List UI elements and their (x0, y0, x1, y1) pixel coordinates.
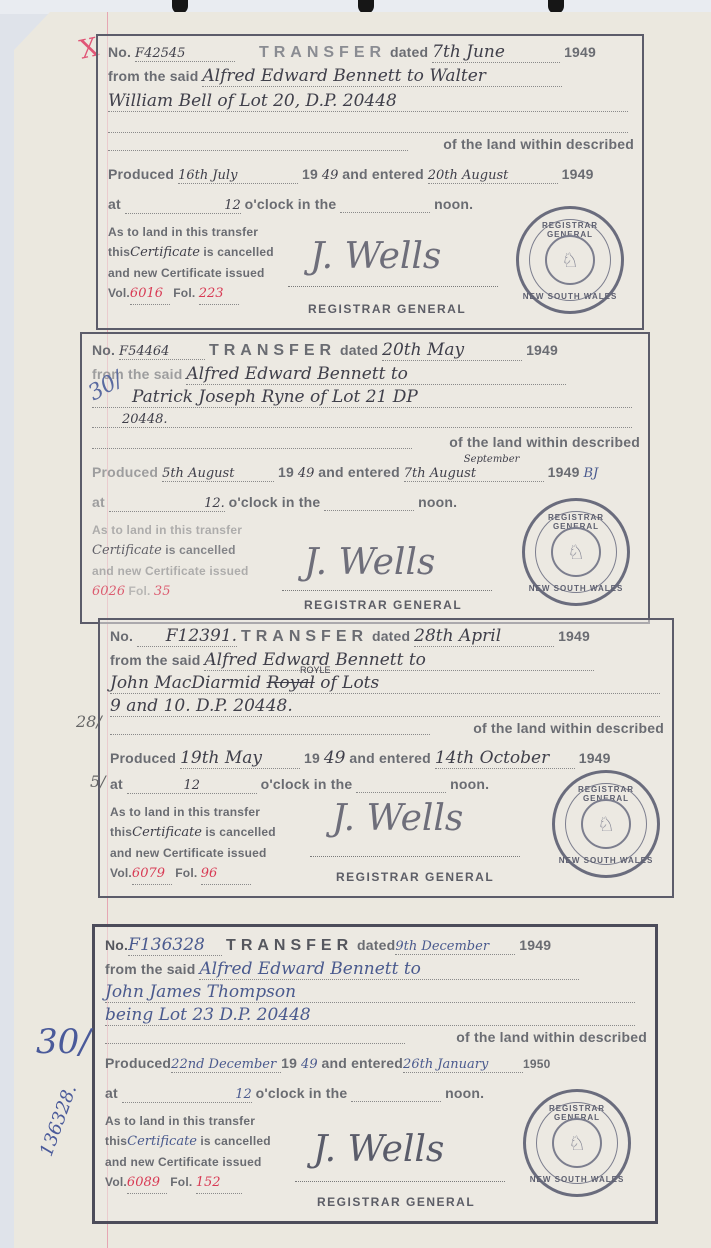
land-label: of the land within described (449, 434, 640, 450)
oclock-label: o'clock in the (256, 1085, 348, 1101)
registrar-general-seal: REGISTRAR GENERAL ♘ NEW SOUTH WALES (516, 206, 624, 314)
oclock-label: o'clock in the (245, 196, 337, 212)
punch-hole (358, 0, 374, 14)
cert-line-1: As to land in this transfer (110, 802, 290, 822)
struck-word: Royal (267, 673, 315, 693)
margin-note: 5/ (90, 772, 106, 791)
at-hour: 12 (125, 198, 241, 214)
produced-year: 49 (298, 466, 315, 481)
produced-date: 19th May (180, 748, 300, 769)
registrar-signature: J. Wells (313, 1129, 444, 1170)
dated-value: 9th December (395, 939, 515, 955)
from-line-1: Alfred Edward Bennett to (186, 364, 566, 385)
dated-value: 28th April (414, 626, 554, 647)
signature-line (282, 590, 492, 591)
correction-initials: BJ (583, 466, 598, 481)
entered-label: and entered (349, 750, 431, 766)
registrar-label: REGISTRAR GENERAL (317, 1195, 475, 1209)
land-label: of the land within described (473, 720, 664, 736)
cert-this: this (110, 825, 132, 839)
transfer-memorial-3: No. F12391. TRANSFER dated 28th April 19… (98, 618, 674, 898)
entered-year: 1949 (562, 166, 594, 182)
cert-cancelled: is cancelled (165, 543, 235, 557)
from-line-2: John James Thompson (105, 982, 635, 1003)
from-line-3: 9 and 10. D.P. 20448. (110, 696, 660, 717)
produced-label: Produced (108, 166, 174, 182)
blank-line (108, 116, 628, 133)
margin-note: 28/ (76, 712, 102, 731)
registrar-general-seal: REGISTRAR GENERAL ♘ NEW SOUTH WALES (552, 770, 660, 878)
at-label: at (105, 1085, 118, 1101)
year-prefix: 19 (304, 750, 320, 766)
oclock-label: o'clock in the (229, 494, 321, 510)
signature-line (310, 856, 520, 857)
signature-line (288, 286, 498, 287)
fol-value: 152 (196, 1173, 242, 1194)
transfer-title: TRANSFER (226, 937, 353, 954)
binder-background (0, 0, 711, 14)
vol-label: Vol. (108, 286, 130, 300)
vol-value: 6089 (127, 1173, 167, 1194)
registrar-label: REGISTRAR GENERAL (304, 598, 462, 612)
cert-line-3: and new Certificate issued (92, 561, 272, 581)
transfer-title: TRANSFER (209, 342, 336, 359)
produced-date: 22nd December (171, 1057, 281, 1073)
transfer-title: TRANSFER (259, 44, 386, 61)
registrar-label: REGISTRAR GENERAL (308, 302, 466, 316)
coat-of-arms-icon: ♘ (545, 235, 595, 285)
blank-line (324, 494, 414, 511)
year-prefix: 19 (302, 166, 318, 182)
produced-label: Produced (105, 1055, 171, 1071)
vol-label: Vol. (105, 1175, 127, 1189)
registrar-signature: J. Wells (304, 542, 435, 583)
document-page: X No. F42545 TRANSFER dated 7th June 194… (14, 12, 711, 1248)
registrar-label: REGISTRAR GENERAL (336, 870, 494, 884)
transfer-title: TRANSFER (241, 628, 368, 645)
entered-date: 7th August September (404, 466, 544, 482)
no-label: No. (110, 628, 133, 644)
from-line-1: Alfred Edward Bennett to (199, 959, 579, 980)
produced-date: 16th July (178, 168, 298, 184)
cert-cancelled: is cancelled (200, 1134, 270, 1148)
noon-label: noon. (434, 196, 473, 212)
cert-this: this (108, 245, 130, 259)
from-label: from the said (108, 68, 199, 84)
cert-line-3: and new Certificate issued (110, 843, 290, 863)
inserted-word: ROYLE (300, 665, 331, 675)
at-hour: 12 (127, 778, 257, 794)
blank-line (92, 434, 412, 449)
certificate-word: Certificate (130, 245, 200, 260)
cert-cancelled: is cancelled (203, 245, 273, 259)
land-label: of the land within described (443, 136, 634, 152)
transfer-number: F42545 (135, 46, 235, 62)
transfer-number: F54464 (119, 344, 205, 360)
noon-label: noon. (418, 494, 457, 510)
cert-line-3: and new Certificate issued (105, 1152, 295, 1172)
entered-label: and entered (318, 464, 400, 480)
transfer-memorial-4: No.F136328 TRANSFER dated9th December 19… (92, 924, 658, 1224)
transfer-memorial-1: No. F42545 TRANSFER dated 7th June 1949 … (96, 34, 644, 330)
from-label: from the said (105, 961, 196, 977)
cert-this: this (105, 1134, 127, 1148)
from-line-1: Alfred Edward Bennett to (204, 650, 594, 671)
from-line-1: Alfred Edward Bennett to Walter (202, 66, 562, 87)
transfer-memorial-2: No. F54464 TRANSFER dated 20th May 1949 … (80, 332, 650, 624)
fol-value: 96 (201, 864, 251, 885)
from-line-2: John MacDiarmid Royal ROYLE of Lots (110, 673, 660, 694)
vol-value: 6016 (130, 284, 170, 305)
at-label: at (108, 196, 121, 212)
cert-line-1: As to land in this transfer (105, 1111, 295, 1131)
entered-year: 1949 (579, 750, 611, 766)
registrar-general-seal: REGISTRAR GENERAL ♘ NEW SOUTH WALES (523, 1089, 631, 1197)
transfer-number: F136328 (128, 935, 222, 956)
cert-line-3: and new Certificate issued (108, 263, 288, 283)
noon-label: noon. (450, 776, 489, 792)
coat-of-arms-icon: ♘ (552, 1118, 602, 1168)
from-line-2: Patrick Joseph Ryne of Lot 21 DP (92, 387, 632, 408)
punch-hole (548, 0, 564, 14)
dated-year: 1949 (558, 628, 590, 644)
registrar-general-seal: REGISTRAR GENERAL ♘ NEW SOUTH WALES (522, 498, 630, 606)
entered-year: 1949 (548, 464, 580, 480)
fol-value: 223 (199, 284, 239, 305)
seal-bottom-text: NEW SOUTH WALES (525, 584, 627, 593)
blank-line (105, 1029, 405, 1044)
entered-date: 26th January (403, 1057, 523, 1073)
dated-label: dated (372, 628, 410, 644)
seal-bottom-text: NEW SOUTH WALES (526, 1175, 628, 1184)
year-prefix: 19 (281, 1055, 297, 1071)
no-label: No. (92, 342, 115, 358)
fol-label: Fol. (128, 584, 150, 598)
fol-label: Fol. (175, 866, 197, 880)
produced-year: 49 (301, 1057, 318, 1072)
vol-value: 6026 (92, 584, 125, 599)
transfer-number: F12391. (137, 626, 237, 647)
seal-bottom-text: NEW SOUTH WALES (555, 856, 657, 865)
year-prefix: 19 (278, 464, 294, 480)
dated-value: 7th June (432, 42, 560, 63)
vol-value: 6079 (132, 864, 172, 885)
entered-original: 7th August (404, 466, 476, 481)
cert-line-1: As to land in this transfer (92, 520, 272, 540)
dated-year: 1949 (564, 44, 596, 60)
margin-note: 136328. (36, 1082, 81, 1159)
land-label: of the land within described (456, 1029, 647, 1045)
from-line-2: William Bell of Lot 20, D.P. 20448 (108, 91, 628, 112)
signature-line (295, 1181, 505, 1182)
fol-value: 35 (154, 584, 171, 599)
from-line-3: 20448. (92, 412, 632, 428)
at-label: at (92, 494, 105, 510)
registrar-signature: J. Wells (332, 798, 463, 839)
blank-line (351, 1085, 441, 1102)
dated-label: dated (390, 44, 428, 60)
produced-year: 49 (322, 168, 339, 183)
certificate-word: Certificate (92, 543, 162, 558)
coat-of-arms-icon: ♘ (551, 527, 601, 577)
entered-year: 1950 (523, 1057, 551, 1071)
at-hour: 12 (122, 1087, 252, 1103)
entered-date: 20th August (428, 168, 558, 184)
noon-label: noon. (445, 1085, 484, 1101)
from-label: from the said (110, 652, 201, 668)
margin-note: 30/ (36, 1022, 91, 1062)
registrar-signature: J. Wells (310, 236, 441, 277)
fol-label: Fol. (170, 1175, 192, 1189)
blank-line (340, 196, 430, 213)
dated-value: 20th May (382, 340, 522, 361)
certificate-word: Certificate (127, 1134, 197, 1149)
oclock-label: o'clock in the (261, 776, 353, 792)
certificate-word: Certificate (132, 825, 202, 840)
produced-label: Produced (92, 464, 158, 480)
vol-label: Vol. (110, 866, 132, 880)
blank-line (110, 720, 430, 735)
seal-bottom-text: NEW SOUTH WALES (519, 292, 621, 301)
cert-cancelled: is cancelled (205, 825, 275, 839)
cert-line-1: As to land in this transfer (108, 222, 288, 242)
fol-label: Fol. (173, 286, 195, 300)
no-label: No. (105, 937, 128, 953)
from-line-3: being Lot 23 D.P. 20448 (105, 1005, 635, 1026)
coat-of-arms-icon: ♘ (581, 799, 631, 849)
produced-label: Produced (110, 750, 176, 766)
no-label: No. (108, 44, 131, 60)
entered-correction: September (464, 454, 520, 465)
dated-label: dated (357, 937, 395, 953)
dated-label: dated (340, 342, 378, 358)
blank-line (108, 136, 408, 151)
dated-year: 1949 (526, 342, 558, 358)
at-label: at (110, 776, 123, 792)
at-hour: 12. (109, 496, 225, 512)
from-line-2-rest: of Lots (320, 673, 379, 693)
from-line-2-name: John MacDiarmid (110, 673, 261, 693)
blank-line (356, 776, 446, 793)
produced-date: 5th August (162, 466, 274, 482)
entered-label: and entered (342, 166, 424, 182)
produced-year: 49 (324, 748, 346, 768)
dated-year: 1949 (519, 937, 551, 953)
entered-date: 14th October (435, 748, 575, 769)
entered-label: and entered (321, 1055, 403, 1071)
punch-hole (172, 0, 188, 14)
